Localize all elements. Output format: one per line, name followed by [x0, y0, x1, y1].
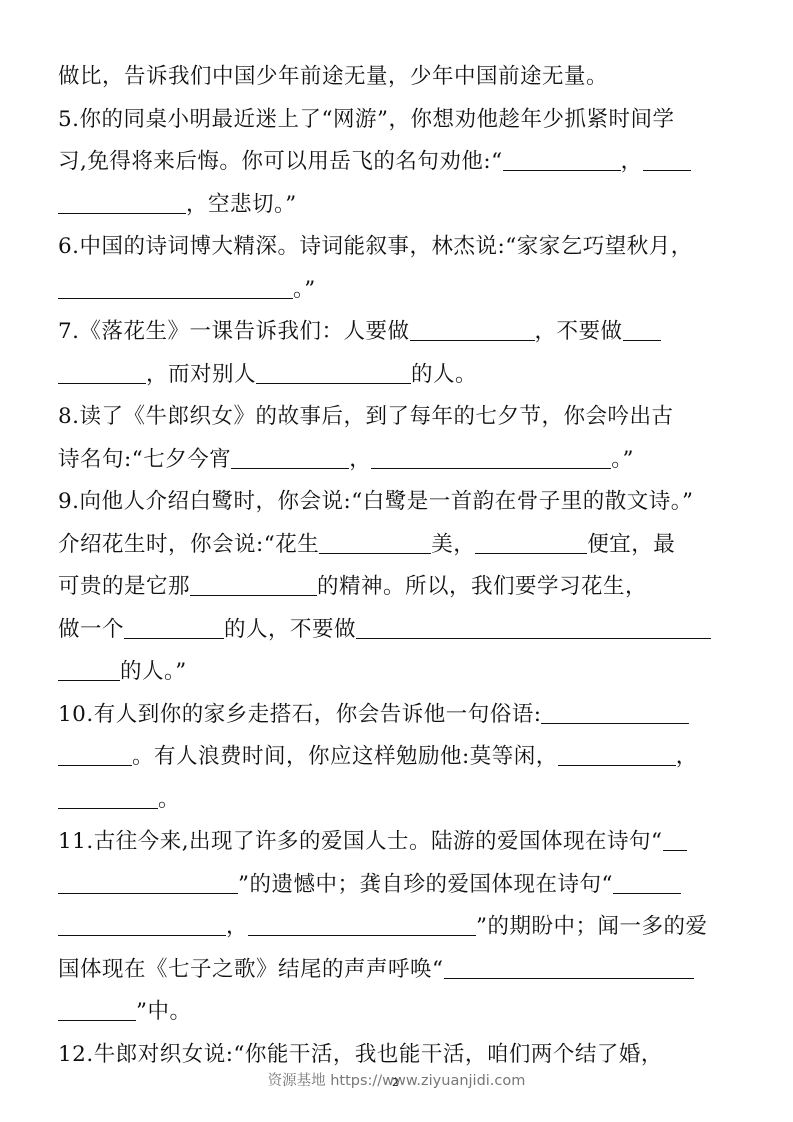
text-segment: ，不要做	[535, 319, 623, 344]
fill-in-blank[interactable]	[58, 193, 186, 214]
text-line: 7.《落花生》一课告诉我们：人要做，不要做	[58, 311, 742, 354]
text-segment: ，	[349, 447, 371, 472]
text-line: 做比，告诉我们中国少年前途无量，少年中国前途无量。	[58, 56, 742, 99]
fill-in-blank[interactable]	[475, 533, 587, 554]
text-line: 6.中国的诗词博大精深。诗词能叙事，林杰说:“家家乞巧望秋月，	[58, 226, 742, 269]
text-line: 。有人浪费时间，你应这样勉励他:莫等闲，，	[58, 736, 742, 779]
fill-in-blank[interactable]	[356, 618, 711, 639]
text-segment: 诗名句:“七夕今宵	[58, 447, 231, 472]
fill-in-blank[interactable]	[58, 915, 226, 936]
text-segment: ，	[621, 149, 643, 174]
text-segment: ”的期盼中；闻一多的爱	[476, 914, 708, 939]
text-line: 可贵的是它那的精神。所以，我们要学习花生，	[58, 566, 742, 609]
fill-in-blank[interactable]	[558, 745, 676, 766]
text-segment: 。有人浪费时间，你应这样勉励他:莫等闲，	[132, 744, 558, 769]
text-line: 介绍花生时，你会说:“花生美，便宜，最	[58, 524, 742, 567]
fill-in-blank[interactable]	[248, 915, 476, 936]
text-segment: 。”	[611, 447, 634, 472]
text-line: 5.你的同桌小明最近迷上了“网游”，你想劝他趁年少抓紧时间学	[58, 99, 742, 142]
text-segment: 11.古往今来,出现了许多的爱国人士。陆游的爱国体现在诗句“	[58, 829, 663, 854]
fill-in-blank[interactable]	[371, 448, 611, 469]
fill-in-blank[interactable]	[444, 958, 694, 979]
text-segment: ，空悲切。”	[186, 192, 297, 217]
text-segment: ，而对别人	[146, 362, 256, 387]
fill-in-blank[interactable]	[58, 1000, 136, 1021]
fill-in-blank[interactable]	[541, 703, 689, 724]
fill-in-blank[interactable]	[256, 363, 411, 384]
fill-in-blank[interactable]	[58, 363, 146, 384]
text-line: 国体现在《七子之歌》结尾的声声呼唤“	[58, 949, 742, 992]
text-segment: 10.有人到你的家乡走搭石，你会告诉他一句俗语:	[58, 702, 541, 727]
text-segment: 便宜，最	[587, 532, 675, 557]
fill-in-blank[interactable]	[503, 150, 621, 171]
text-segment: 介绍花生时，你会说:“花生	[58, 532, 319, 557]
text-line: 9.向他人介绍白鹭时，你会说:“白鹭是一首韵在骨子里的散文诗。”	[58, 481, 742, 524]
fill-in-blank[interactable]	[319, 533, 431, 554]
fill-in-blank[interactable]	[58, 745, 132, 766]
text-line: 。”	[58, 269, 742, 312]
text-line: 10.有人到你的家乡走搭石，你会告诉他一句俗语:	[58, 694, 742, 737]
text-line: 诗名句:“七夕今宵，。”	[58, 439, 742, 482]
fill-in-blank[interactable]	[58, 278, 293, 299]
text-line: 8.读了《牛郎织女》的故事后，到了每年的七夕节，你会吟出古	[58, 396, 742, 439]
text-segment: ”的遗憾中；龚自珍的爱国体现在诗句“	[238, 872, 613, 897]
text-segment: 做比，告诉我们中国少年前途无量，少年中国前途无量。	[58, 64, 608, 89]
fill-in-blank[interactable]	[643, 150, 691, 171]
fill-in-blank[interactable]	[58, 660, 120, 681]
fill-in-blank[interactable]	[623, 320, 661, 341]
text-segment: 7.《落花生》一课告诉我们：人要做	[58, 319, 410, 344]
text-segment: 的精神。所以，我们要学习花生，	[317, 574, 647, 599]
text-segment: 。”	[293, 277, 316, 302]
text-segment: 可贵的是它那	[58, 574, 190, 599]
text-line: 。	[58, 779, 742, 822]
fill-in-blank[interactable]	[231, 448, 349, 469]
text-segment: ，	[226, 914, 248, 939]
text-segment: ，	[676, 744, 698, 769]
text-line: ，”的期盼中；闻一多的爱	[58, 906, 742, 949]
fill-in-blank[interactable]	[663, 830, 687, 851]
text-segment: ”中。	[136, 999, 192, 1024]
text-segment: 6.中国的诗词博大精深。诗词能叙事，林杰说:“家家乞巧望秋月，	[58, 234, 693, 259]
text-segment: 的人。”	[120, 659, 187, 684]
fill-in-blank[interactable]	[613, 873, 681, 894]
text-segment: 12.牛郎对织女说:“你能干活，我也能干活，咱们两个结了婚，	[58, 1042, 663, 1067]
text-segment: 5.你的同桌小明最近迷上了“网游”，你想劝他趁年少抓紧时间学	[58, 107, 675, 132]
text-segment: 美，	[431, 532, 475, 557]
text-line: 的人。”	[58, 651, 742, 694]
text-line: 做一个的人，不要做	[58, 609, 742, 652]
text-segment: 的人。	[411, 362, 477, 387]
text-line: 11.古往今来,出现了许多的爱国人士。陆游的爱国体现在诗句“	[58, 821, 742, 864]
text-line: 习,免得将来后悔。你可以用岳飞的名句劝他:“，	[58, 141, 742, 184]
text-segment: 做一个	[58, 617, 124, 642]
text-segment: 8.读了《牛郎织女》的故事后，到了每年的七夕节，你会吟出古	[58, 404, 674, 429]
text-segment: 习,免得将来后悔。你可以用岳飞的名句劝他:“	[58, 149, 503, 174]
text-segment: 的人，不要做	[224, 617, 356, 642]
text-segment: 9.向他人介绍白鹭时，你会说:“白鹭是一首韵在骨子里的散文诗。”	[58, 489, 694, 514]
fill-in-blank[interactable]	[58, 873, 238, 894]
text-segment: 。	[158, 787, 180, 812]
fill-in-blank[interactable]	[190, 575, 317, 596]
fill-in-blank[interactable]	[124, 618, 224, 639]
fill-in-blank[interactable]	[58, 788, 158, 809]
worksheet-page: 做比，告诉我们中国少年前途无量，少年中国前途无量。5.你的同桌小明最近迷上了“网…	[58, 56, 742, 1076]
page-number: 2	[392, 1076, 399, 1089]
text-line: ”的遗憾中；龚自珍的爱国体现在诗句“	[58, 864, 742, 907]
text-line: ”中。	[58, 991, 742, 1034]
text-segment: 国体现在《七子之歌》结尾的声声呼唤“	[58, 957, 444, 982]
fill-in-blank[interactable]	[410, 320, 535, 341]
text-line: ，空悲切。”	[58, 184, 742, 227]
text-line: ，而对别人的人。	[58, 354, 742, 397]
